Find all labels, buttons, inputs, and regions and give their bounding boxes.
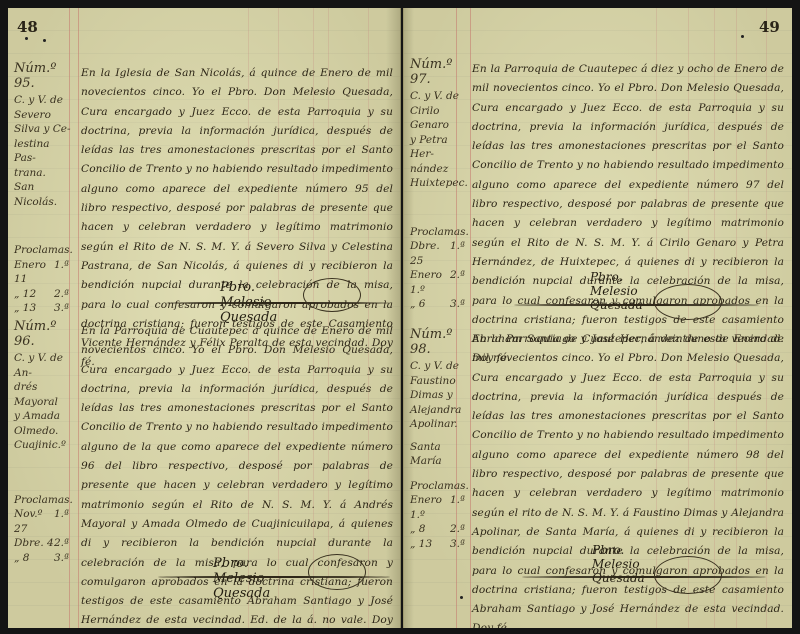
- banns-date: „ 6: [410, 297, 450, 312]
- banns-ordinal: 2.ª: [54, 287, 69, 302]
- banns-row: „ 83.ª: [14, 551, 74, 566]
- banns-ordinal: 3.ª: [450, 297, 465, 312]
- entry-margin: Núm.º 96. C. y V. de An- drés Mayoral y …: [14, 320, 74, 565]
- margin-line: Cirilo Genaro: [410, 104, 468, 133]
- banns-ordinal: 1.ª: [450, 239, 465, 268]
- banns-row: „ 122.ª: [14, 287, 72, 302]
- banns-ordinal: 3.ª: [54, 301, 69, 316]
- signature-rubric: [308, 554, 366, 590]
- banns-row: „ 82.ª: [410, 522, 468, 537]
- entry-body-text: En la Parroquia de Cuautepec á diez y oc…: [472, 60, 784, 280]
- entry-number: Núm.º 96.: [14, 320, 74, 349]
- banns-date: Enero 1.º: [410, 493, 450, 522]
- banns-row: „ 133.ª: [410, 537, 468, 552]
- entry-margin: Núm.º 97. C. y V. de Cirilo Genaro y Pet…: [410, 58, 468, 312]
- banns-row: Dbre. 251.ª: [410, 239, 468, 268]
- signature-flourish: [522, 576, 766, 578]
- banns-date: „ 8: [14, 551, 54, 566]
- margin-line: Alejandra: [410, 403, 468, 418]
- margin-line: Santa María: [410, 440, 468, 469]
- signature-rubric: [303, 278, 361, 312]
- margin-line: C. y V. de An-: [14, 351, 74, 380]
- margin-rule: [470, 8, 471, 628]
- banns-row: Enero 1.º2.ª: [410, 268, 468, 297]
- open-register-book: 48 Núm.º 95. C. y V. de Severo Silva y C…: [8, 8, 796, 628]
- banns-ordinal: 3.ª: [54, 551, 69, 566]
- margin-line: trana.: [14, 166, 72, 181]
- priest-signature: Pbro. Melesio Quesada: [213, 556, 270, 601]
- ink-dot: [43, 39, 46, 42]
- signature-flourish: [514, 304, 759, 306]
- proclamas-label: Proclamas.: [410, 225, 468, 240]
- priest-signature: Pbro. Melesio Quesada: [592, 543, 645, 585]
- margin-line: San Nicolás.: [14, 180, 72, 209]
- margin-rule: [78, 8, 79, 628]
- margin-line: C. y V. de: [410, 359, 468, 374]
- proclamas-label: Proclamas.: [14, 493, 74, 508]
- banns-date: Enero 11: [14, 258, 54, 287]
- ink-dot: [741, 35, 744, 38]
- margin-line: y Petra Her-: [410, 133, 468, 162]
- proclamas-label: Proclamas.: [14, 243, 72, 258]
- banns-date: Enero 1.º: [410, 268, 450, 297]
- banns-row: Enero 1.º1.ª: [410, 493, 468, 522]
- entry-body-text: En la Iglesia de San Nicolás, á quince d…: [81, 64, 393, 284]
- banns-ordinal: 2.ª: [450, 268, 465, 297]
- margin-line: Apolinar.: [410, 417, 468, 432]
- margin-line: C. y V. de Severo: [14, 93, 72, 122]
- banns-date: Dbre. 4: [14, 536, 54, 551]
- banns-date: „ 12: [14, 287, 54, 302]
- page-number: 49: [759, 18, 780, 36]
- signature-rubric: [654, 284, 722, 320]
- margin-line: lestina Pas-: [14, 137, 72, 166]
- banns-ordinal: 2.ª: [54, 536, 69, 551]
- margin-line: Dimas y: [410, 388, 468, 403]
- entry-number: Núm.º 98.: [410, 328, 468, 357]
- banns-date: „ 8: [410, 522, 450, 537]
- margin-line: C. y V. de: [410, 89, 468, 104]
- banns-ordinal: 1.ª: [450, 493, 465, 522]
- banns-row: Dbre. 42.ª: [14, 536, 74, 551]
- entry-margin: Núm.º 95. C. y V. de Severo Silva y Ce- …: [14, 62, 72, 316]
- banns-ordinal: 2.ª: [450, 522, 465, 537]
- entry-body-text: En la Parroquia de Cuautepec á quince de…: [81, 322, 393, 572]
- margin-line: Faustino: [410, 374, 468, 389]
- margin-line: nández: [410, 162, 468, 177]
- banns-ordinal: 1.ª: [54, 507, 69, 536]
- entry-number: Núm.º 95.: [14, 62, 72, 91]
- banns-ordinal: 1.ª: [54, 258, 69, 287]
- banns-date: „ 13: [410, 537, 450, 552]
- right-page: 49 Núm.º 97. C. y V. de Cirilo Genaro y …: [403, 8, 792, 628]
- banns-row: Enero 111.ª: [14, 258, 72, 287]
- entry-number: Núm.º 97.: [410, 58, 468, 87]
- margin-line: Olmedo.: [14, 424, 74, 439]
- ink-dot: [460, 596, 463, 599]
- margin-line: y Amada: [14, 409, 74, 424]
- margin-line: Cuajinic.º: [14, 438, 74, 453]
- banns-date: Dbre. 25: [410, 239, 450, 268]
- banns-row: „ 63.ª: [410, 297, 468, 312]
- page-number: 48: [17, 18, 38, 36]
- ink-dot: [25, 37, 28, 40]
- banns-row: „ 133.ª: [14, 301, 72, 316]
- margin-line: drés Mayoral: [14, 380, 74, 409]
- left-page: 48 Núm.º 95. C. y V. de Severo Silva y C…: [8, 8, 401, 628]
- proclamas-label: Proclamas.: [410, 479, 468, 494]
- banns-ordinal: 3.ª: [450, 537, 465, 552]
- entry-margin: Núm.º 98. C. y V. de Faustino Dimas y Al…: [410, 328, 468, 551]
- margin-line: Silva y Ce-: [14, 122, 72, 137]
- entry-body-text: En la Parroquia de Cuautepec, á veintiun…: [472, 330, 784, 560]
- banns-date: Nov.º 27: [14, 507, 54, 536]
- signature-rubric: [654, 556, 722, 594]
- margin-line: Huixtepec.: [410, 176, 468, 191]
- banns-row: Nov.º 271.ª: [14, 507, 74, 536]
- banns-date: „ 13: [14, 301, 54, 316]
